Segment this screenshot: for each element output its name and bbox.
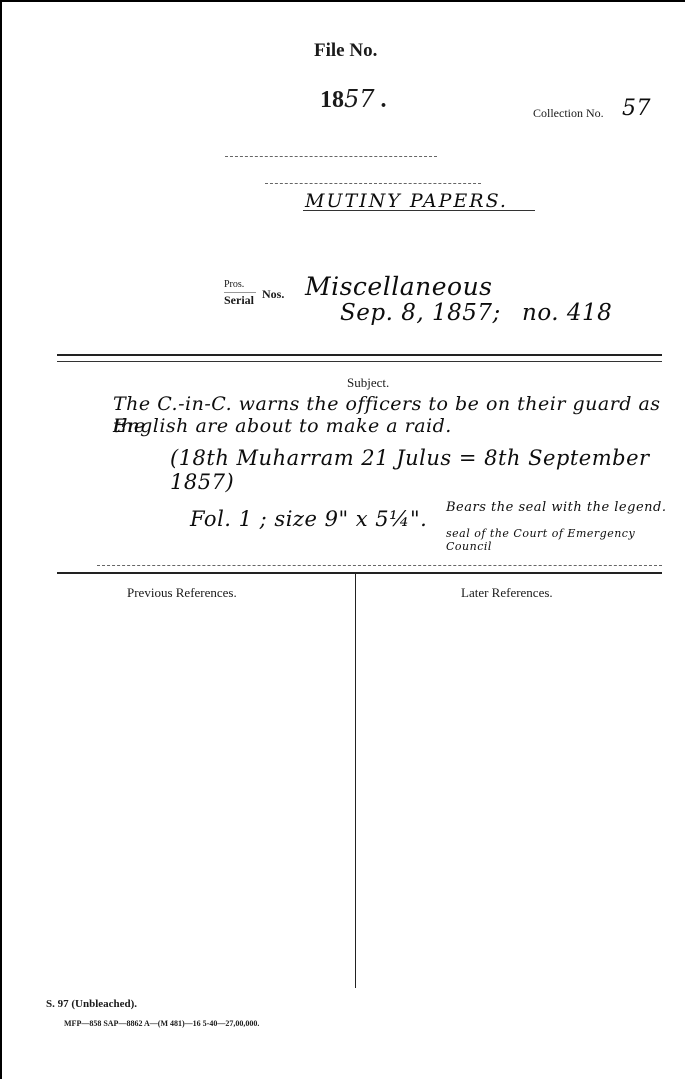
later-references-label: Later References. [461,585,553,601]
subject-label: Subject. [347,375,389,391]
file-no-suffix: . [381,87,387,113]
seal-note: Bears the seal with the legend. [446,500,666,515]
subject-date-equivalence: (18th Muharram 21 Julus = 8th September … [170,446,685,494]
pros-label: Pros. [224,280,244,290]
divider [225,156,437,157]
section-divider [57,361,662,362]
section-divider [57,354,662,356]
nos-label: Nos. [262,287,284,302]
section-divider [97,565,662,566]
seal-legend: seal of the Court of Emergency Council [446,527,685,553]
serial-label: Serial [224,293,254,308]
file-no-handwritten: 57 [344,85,375,113]
section-divider [57,572,662,574]
print-code: MFP—858 SAP—8862 A—(M 481)—16 5-40—27,00… [64,1019,259,1028]
collection-title: MUTINY PAPERS. [305,190,508,212]
previous-references-label: Previous References. [127,585,237,601]
subject-line: English are about to make a raid. [113,415,452,437]
divider [265,183,481,184]
serial-category: Miscellaneous [305,272,493,301]
file-no-value: 1857 . [320,85,387,114]
serial-date: Sep. 8, 1857; [340,300,501,326]
form-code: S. 97 (Unbleached). [46,998,137,1010]
file-no-label: File No. [314,40,377,62]
serial-number: no. 418 [522,300,612,326]
references-column-divider [355,573,356,988]
title-underline [303,210,535,211]
collection-label: Collection No. [533,106,604,121]
file-no-printed: 18 [320,87,344,113]
collection-value: 57 [622,96,651,121]
folio-size: Fol. 1 ; size 9" x 5¼". [190,507,427,531]
